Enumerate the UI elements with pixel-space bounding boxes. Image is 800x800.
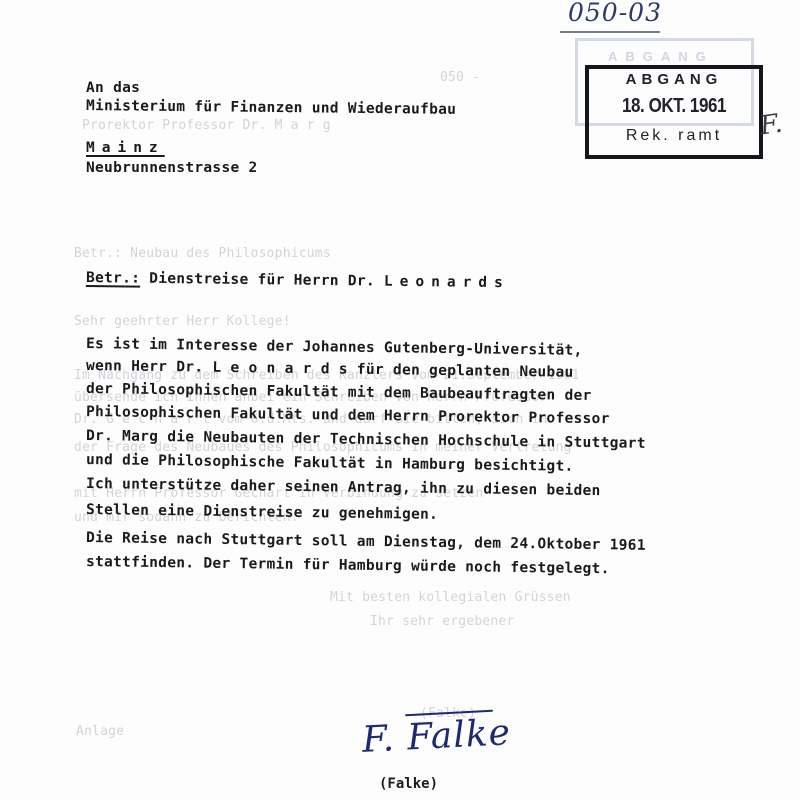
bleed-ref: 050 - <box>440 70 480 85</box>
body-line: und die Philosophische Fakultät in Hambu… <box>86 452 574 475</box>
recipient-city: Mainz <box>86 140 165 156</box>
body-line: Die Reise nach Stuttgart soll am Diensta… <box>86 530 646 554</box>
stamp-date: 18. OKT. 1961 <box>602 95 747 118</box>
subject-name: Leonards <box>384 274 510 292</box>
body-line: stattfinden. Der Termin für Hamburg würd… <box>86 554 610 577</box>
faded-stamp-title: ABGANG <box>608 49 714 64</box>
outgoing-stamp: ABGANG 18. OKT. 1961 Rek. ramt <box>585 65 763 159</box>
subject-label: Betr.: <box>86 270 140 287</box>
subject-text: Dienstreise für Herrn Dr. <box>149 271 375 290</box>
bleed-line: Sehr geehrter Herr Kollege! <box>74 314 291 329</box>
recipient-ministry: Ministerium für Finanzen und Wiederaufba… <box>86 98 456 118</box>
body-line: Es ist im Interesse der Johannes Gutenbe… <box>86 336 583 359</box>
bleed-line: Anlage <box>76 724 124 739</box>
bleed-line: Betr.: Neubau des Philosophicums <box>74 246 331 261</box>
recipient-street: Neubrunnenstrasse 2 <box>86 160 258 176</box>
scanned-letter-page: 050 - Prorektor Professor Dr. M a r g Be… <box>0 0 800 800</box>
recipient-line-1: An das <box>86 80 140 96</box>
stamp-office: Rek. ramt <box>589 127 759 145</box>
signer-name: (Falke) <box>379 776 438 792</box>
file-number-handwritten: 050-03 <box>568 0 662 27</box>
bleed-line: Ihr sehr ergebener <box>370 614 514 629</box>
bleed-line: Prorektor Professor Dr. M a r g <box>82 118 331 133</box>
subject-line: Betr.: Dienstreise für Herrn Dr. Leonard… <box>86 270 510 291</box>
bleed-line: Mit besten kollegialen Grüssen <box>330 590 571 605</box>
handwritten-signature: F. Falke <box>361 712 512 761</box>
handwritten-initial: F. <box>758 109 784 142</box>
stamp-title: ABGANG <box>589 71 759 88</box>
file-number-underline <box>560 31 660 33</box>
